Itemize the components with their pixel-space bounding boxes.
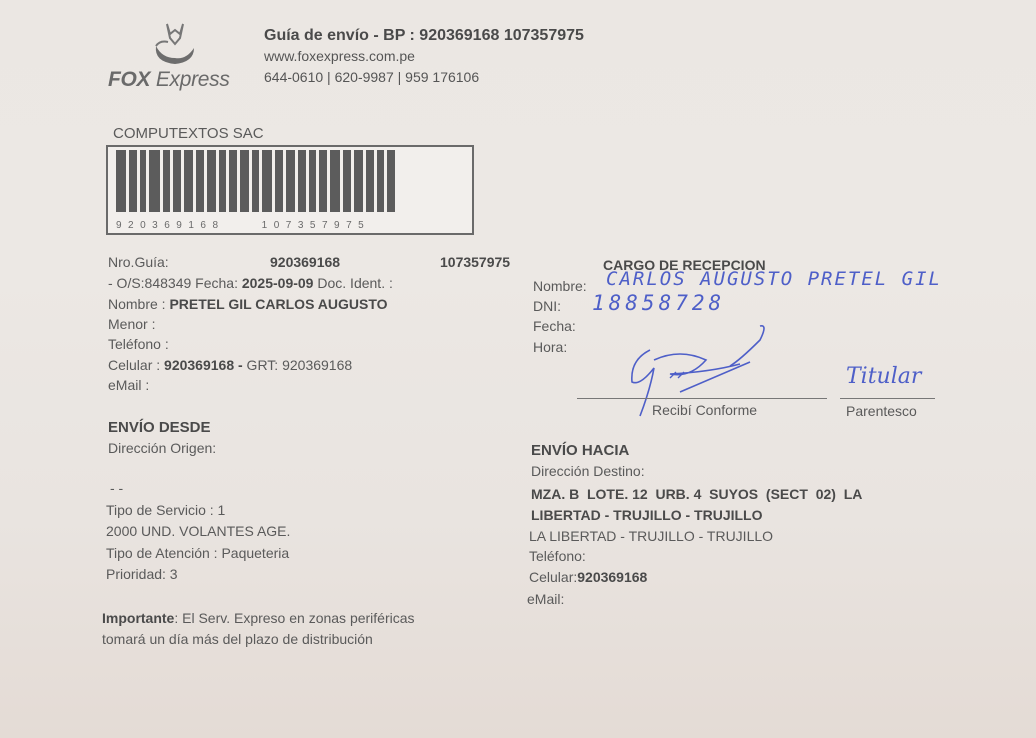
- barcode-bar: [298, 150, 306, 212]
- menor-label: Menor :: [108, 314, 155, 335]
- destino-direccion-line1: MZA. B LOTE. 12 URB. 4 SUYOS (SECT 02) L…: [531, 484, 862, 505]
- celular-value: 920369168 -: [164, 357, 243, 373]
- barcode-bar: [140, 150, 146, 212]
- parentesco-handwritten: Titular: [846, 364, 921, 389]
- cargo-dni-label: DNI:: [533, 296, 561, 317]
- barcode-bar: [354, 150, 363, 212]
- barcode: 920369168 107357975: [106, 145, 474, 235]
- brand-suffix: Express: [156, 68, 230, 91]
- cargo-hora-label: Hora:: [533, 337, 567, 358]
- barcode-bar: [163, 150, 170, 212]
- os-fecha-row: - O/S:848349 Fecha: 2025-09-09 Doc. Iden…: [108, 273, 393, 294]
- destino-heading: ENVÍO HACIA: [531, 440, 629, 461]
- barcode-digits: 920369168 107357975: [116, 220, 370, 231]
- barcode-bar: [207, 150, 216, 212]
- nro-guia-value: 920369168: [270, 252, 340, 273]
- barcode-bar: [275, 150, 283, 212]
- nro-guia-secondary: 107357975: [440, 252, 510, 273]
- sender-company: COMPUTEXTOS SAC: [113, 123, 264, 144]
- brand-name: FOX: [108, 68, 150, 91]
- recibi-conforme-label: Recibí Conforme: [652, 400, 757, 421]
- signature-line: [577, 398, 827, 399]
- cargo-nombre-label: Nombre:: [533, 276, 587, 297]
- barcode-bar: [343, 150, 351, 212]
- website: www.foxexpress.com.pe: [264, 46, 415, 67]
- cargo-nombre-handwritten: CARLOS AUGUSTO PRETEL GIL: [606, 268, 942, 290]
- destino-direccion-line2: LIBERTAD - TRUJILLO - TRUJILLO: [531, 505, 763, 526]
- barcode-bar: [330, 150, 340, 212]
- destino-celular-value: 920369168: [577, 569, 647, 585]
- destino-celular-row: Celular:920369168: [529, 567, 647, 588]
- barcode-bar: [262, 150, 272, 212]
- importante-note: Importante: El Serv. Expreso en zonas pe…: [102, 608, 415, 629]
- cargo-fecha-label: Fecha:: [533, 316, 576, 337]
- tipo-atencion: Tipo de Atención : Paqueteria: [106, 543, 289, 564]
- origen-heading: ENVÍO DESDE: [108, 417, 211, 438]
- origen-direccion-label: Dirección Origen:: [108, 438, 216, 459]
- barcode-bar: [173, 150, 181, 212]
- origen-direccion-value: - -: [110, 478, 123, 499]
- barcode-bar: [116, 150, 126, 212]
- barcode-bar: [319, 150, 327, 212]
- tipo-servicio: Tipo de Servicio : 1: [106, 500, 225, 521]
- fox-icon: [150, 20, 200, 68]
- parentesco-line: [840, 398, 935, 399]
- parentesco-label: Parentesco: [846, 401, 917, 422]
- destino-ubicacion: LA LIBERTAD - TRUJILLO - TRUJILLO: [529, 526, 773, 547]
- fecha-value: 2025-09-09: [242, 275, 314, 291]
- phones: 644-0610 | 620-9987 | 959 176106: [264, 67, 479, 88]
- importante-note-line2: tomará un día más del plazo de distribuc…: [102, 629, 373, 650]
- email-label: eMail :: [108, 375, 149, 396]
- prioridad: Prioridad: 3: [106, 564, 178, 585]
- celular-row: Celular : 920369168 - GRT: 920369168: [108, 355, 352, 376]
- cargo-dni-handwritten: 18858728: [592, 291, 725, 315]
- guide-title: Guía de envío - BP : 920369168 107357975: [264, 25, 584, 46]
- barcode-bar: [149, 150, 160, 212]
- destino-telefono-label: Teléfono:: [529, 546, 586, 567]
- barcode-bar: [252, 150, 259, 212]
- barcode-bar: [286, 150, 295, 212]
- telefono-label: Teléfono :: [108, 334, 169, 355]
- nro-guia-label: Nro.Guía:: [108, 252, 169, 273]
- barcode-bars: [116, 150, 398, 212]
- nombre-value: PRETEL GIL CARLOS AUGUSTO: [169, 296, 387, 312]
- barcode-bar: [240, 150, 249, 212]
- destino-email-label: eMail:: [527, 589, 564, 610]
- barcode-bar: [184, 150, 193, 212]
- barcode-bar: [309, 150, 316, 212]
- fox-logo: FOX Express: [108, 18, 248, 96]
- barcode-bar: [229, 150, 237, 212]
- destino-direccion-label: Dirección Destino:: [531, 461, 645, 482]
- barcode-bar: [377, 150, 384, 212]
- importante-label: Importante: [102, 610, 174, 626]
- contenido: 2000 UND. VOLANTES AGE.: [106, 521, 290, 542]
- barcode-bar: [219, 150, 226, 212]
- barcode-bar: [129, 150, 137, 212]
- barcode-bar: [387, 150, 395, 212]
- barcode-bar: [196, 150, 204, 212]
- barcode-bar: [366, 150, 374, 212]
- nombre-row: Nombre : PRETEL GIL CARLOS AUGUSTO: [108, 294, 388, 315]
